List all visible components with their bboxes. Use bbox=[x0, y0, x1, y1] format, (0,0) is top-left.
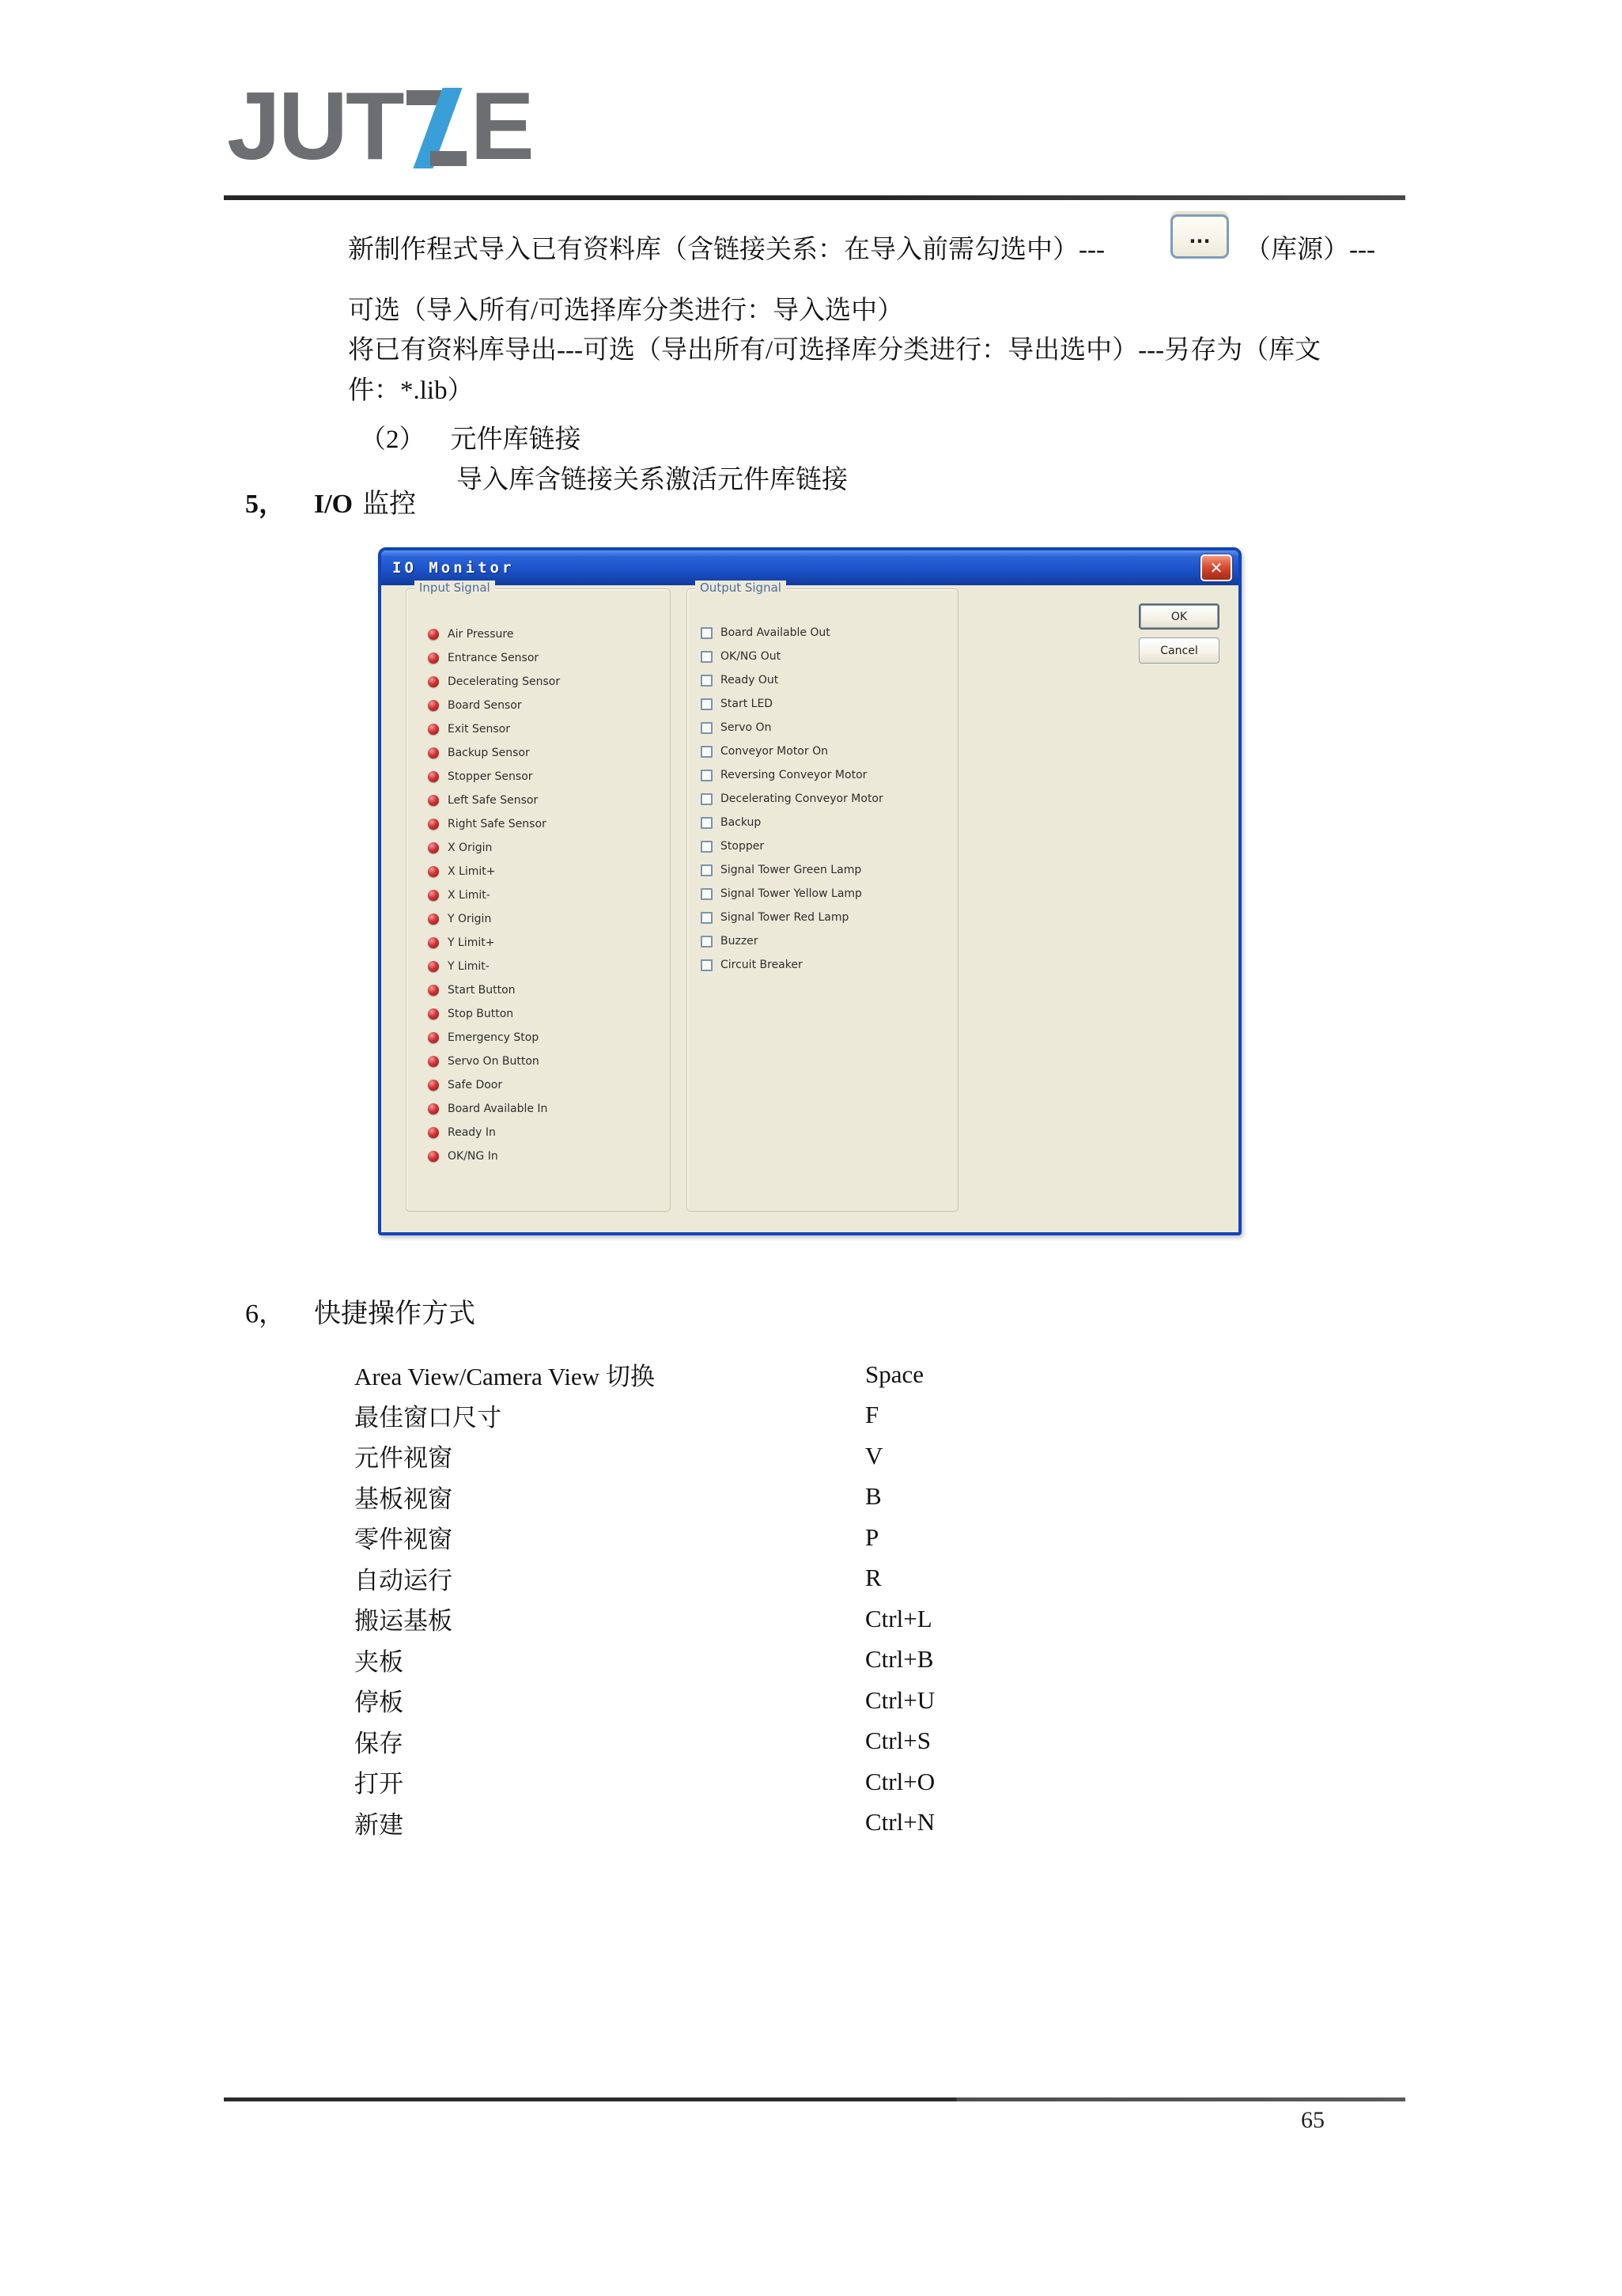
input-signal-row: Backup Sensor bbox=[428, 741, 670, 765]
output-signal-row: Signal Tower Red Lamp bbox=[701, 906, 958, 929]
shortcut-row: 保存 Ctrl+S bbox=[354, 1721, 1240, 1762]
red-indicator-icon bbox=[428, 1103, 439, 1114]
logo-letters-jut: JUT bbox=[227, 82, 402, 169]
input-signal-label: Emergency Stop bbox=[448, 1031, 539, 1044]
shortcut-action: 零件视窗 bbox=[354, 1519, 865, 1555]
red-indicator-icon bbox=[428, 1080, 439, 1091]
output-signal-list: Board Available Out OK/NG Out Ready Out … bbox=[701, 621, 958, 977]
shortcut-action: Area View/Camera View 切换 bbox=[354, 1356, 865, 1392]
output-signal-label: Signal Tower Yellow Lamp bbox=[720, 887, 862, 900]
section-5-io: I/O bbox=[314, 490, 353, 519]
input-signal-label: Decelerating Sensor bbox=[448, 675, 560, 688]
input-signal-label: Y Limit+ bbox=[448, 936, 494, 949]
input-signal-label: Entrance Sensor bbox=[448, 652, 539, 664]
red-indicator-icon bbox=[428, 700, 439, 711]
output-signal-row: Reversing Conveyor Motor bbox=[701, 763, 958, 787]
shortcut-row: 最佳窗口尺寸 F bbox=[354, 1395, 1240, 1436]
shortcut-key: B bbox=[865, 1482, 882, 1511]
shortcut-key: P bbox=[865, 1523, 879, 1552]
output-signal-row: OK/NG Out bbox=[701, 645, 958, 668]
checkbox-icon[interactable] bbox=[701, 698, 713, 710]
checkbox-icon[interactable] bbox=[701, 817, 713, 829]
input-signal-row: Start Button bbox=[428, 978, 670, 1002]
shortcut-action: 元件视窗 bbox=[354, 1438, 865, 1473]
output-signal-label: Signal Tower Red Lamp bbox=[720, 911, 849, 924]
section-6-title: 快捷操作方式 bbox=[314, 1299, 475, 1329]
shortcut-action: 夹板 bbox=[354, 1642, 865, 1678]
output-signal-row: Conveyor Motor On bbox=[701, 739, 958, 763]
header-rule bbox=[224, 195, 1405, 200]
shortcut-action: 自动运行 bbox=[354, 1560, 865, 1596]
red-indicator-icon bbox=[428, 842, 439, 853]
output-signal-label: Start LED bbox=[720, 698, 773, 710]
checkbox-icon[interactable] bbox=[701, 912, 713, 924]
output-signal-label: Board Available Out bbox=[720, 626, 830, 639]
shortcut-row: 基板视窗 B bbox=[354, 1477, 1240, 1518]
section-5-number: 5， bbox=[245, 490, 285, 519]
checkbox-icon[interactable] bbox=[701, 793, 713, 805]
output-signal-label: Ready Out bbox=[720, 674, 778, 687]
list-item-2: （2）元件库链接 bbox=[360, 423, 581, 456]
shortcut-action: 打开 bbox=[354, 1764, 865, 1799]
red-indicator-icon bbox=[428, 1056, 439, 1067]
red-indicator-icon bbox=[428, 629, 439, 640]
checkbox-icon[interactable] bbox=[701, 627, 713, 639]
output-signal-row: Buzzer bbox=[701, 929, 958, 953]
list-item-2-sub: 导入库含链接关系激活元件库链接 bbox=[456, 463, 848, 497]
output-signal-label: OK/NG Out bbox=[720, 650, 781, 663]
output-signal-label: Conveyor Motor On bbox=[720, 745, 828, 758]
checkbox-icon[interactable] bbox=[701, 675, 713, 687]
dialog-titlebar[interactable]: IO Monitor ✕ bbox=[381, 550, 1238, 585]
checkbox-icon[interactable] bbox=[701, 841, 713, 853]
input-signal-row: Y Origin bbox=[428, 907, 670, 931]
paragraph-line-1b: （库源）--- bbox=[1245, 233, 1375, 267]
input-signal-row: Left Safe Sensor bbox=[428, 789, 670, 812]
input-signal-label: X Limit- bbox=[448, 889, 490, 902]
output-signal-label: Backup bbox=[720, 816, 761, 829]
shortcut-table: Area View/Camera View 切换 Space 最佳窗口尺寸 F … bbox=[354, 1354, 1240, 1843]
input-signal-label: Y Origin bbox=[448, 913, 491, 925]
output-signal-row: Start LED bbox=[701, 692, 958, 716]
red-indicator-icon bbox=[428, 747, 439, 758]
input-signal-row: X Origin bbox=[428, 836, 670, 860]
red-indicator-icon bbox=[428, 961, 439, 972]
logo-letter-z bbox=[406, 90, 467, 166]
input-signal-row: Emergency Stop bbox=[428, 1026, 670, 1050]
paragraph-line-4: 件：*.lib） bbox=[348, 374, 474, 407]
shortcut-key: Ctrl+N bbox=[865, 1808, 935, 1836]
shortcut-key: F bbox=[865, 1401, 879, 1429]
output-signal-row: Backup bbox=[701, 811, 958, 834]
close-icon[interactable]: ✕ bbox=[1200, 554, 1232, 581]
dialog-title: IO Monitor bbox=[392, 559, 514, 577]
output-signal-label: Servo On bbox=[720, 721, 771, 734]
input-signal-label: Backup Sensor bbox=[448, 747, 530, 759]
checkbox-icon[interactable] bbox=[701, 722, 713, 734]
input-signal-group: Input Signal Air Pressure Entrance Senso… bbox=[406, 588, 671, 1212]
input-signal-row: Safe Door bbox=[428, 1073, 670, 1097]
paragraph-line-3: 将已有资料库导出---可选（导出所有/可选择库分类进行：导出选中）---另存为（… bbox=[348, 334, 1321, 367]
shortcut-key: V bbox=[865, 1442, 883, 1470]
shortcut-row: 新建 Ctrl+N bbox=[354, 1802, 1240, 1844]
browse-button[interactable]: ... bbox=[1170, 214, 1229, 259]
input-signal-label: X Origin bbox=[448, 842, 492, 854]
shortcut-row: 元件视窗 V bbox=[354, 1435, 1240, 1477]
input-signal-row: X Limit- bbox=[428, 883, 670, 907]
shortcut-key: Ctrl+L bbox=[865, 1605, 932, 1633]
input-signal-row: Exit Sensor bbox=[428, 717, 670, 741]
output-signal-label: Reversing Conveyor Motor bbox=[720, 769, 867, 781]
input-signal-label: Exit Sensor bbox=[448, 723, 510, 736]
shortcut-row: 夹板 Ctrl+B bbox=[354, 1640, 1240, 1681]
shortcut-action: 停板 bbox=[354, 1682, 865, 1718]
input-signal-list: Air Pressure Entrance Sensor Deceleratin… bbox=[428, 622, 670, 1168]
checkbox-icon[interactable] bbox=[701, 864, 713, 876]
red-indicator-icon bbox=[428, 985, 439, 996]
page-number: 65 bbox=[1301, 2107, 1325, 2134]
input-signal-row: OK/NG In bbox=[428, 1144, 670, 1168]
red-indicator-icon bbox=[428, 1032, 439, 1043]
checkbox-icon[interactable] bbox=[701, 936, 713, 948]
output-signal-label: Circuit Breaker bbox=[720, 959, 803, 971]
input-signal-label: Air Pressure bbox=[448, 628, 513, 641]
output-signal-row: Signal Tower Green Lamp bbox=[701, 858, 958, 882]
input-signal-row: Entrance Sensor bbox=[428, 646, 670, 670]
input-signal-label: Ready In bbox=[448, 1126, 496, 1139]
output-signal-label: Signal Tower Green Lamp bbox=[720, 864, 861, 876]
red-indicator-icon bbox=[428, 724, 439, 735]
shortcut-action: 基板视窗 bbox=[354, 1479, 865, 1515]
input-signal-row: X Limit+ bbox=[428, 860, 670, 883]
input-signal-label: OK/NG In bbox=[448, 1150, 498, 1163]
shortcut-row: 打开 Ctrl+O bbox=[354, 1761, 1240, 1802]
shortcut-row: Area View/Camera View 切换 Space bbox=[354, 1354, 1240, 1395]
shortcut-action: 保存 bbox=[354, 1723, 865, 1759]
paragraph-line-1a: 新制作程式导入已有资料库（含链接关系：在导入前需勾选中）--- bbox=[348, 233, 1105, 267]
checkbox-icon[interactable] bbox=[701, 959, 713, 971]
input-signal-label: Board Sensor bbox=[448, 699, 522, 712]
input-signal-row: Board Sensor bbox=[428, 694, 670, 717]
checkbox-icon[interactable] bbox=[701, 888, 713, 900]
checkbox-icon[interactable] bbox=[701, 770, 713, 781]
input-signal-row: Servo On Button bbox=[428, 1050, 670, 1073]
output-signal-row: Circuit Breaker bbox=[701, 953, 958, 977]
section-6-number: 6， bbox=[245, 1299, 285, 1329]
cancel-button[interactable]: Cancel bbox=[1139, 637, 1219, 664]
red-indicator-icon bbox=[428, 1008, 439, 1019]
input-signal-row: Decelerating Sensor bbox=[428, 670, 670, 694]
section-5-title: 监控 bbox=[362, 490, 416, 519]
shortcut-row: 停板 Ctrl+U bbox=[354, 1680, 1240, 1721]
shortcut-key: Ctrl+S bbox=[865, 1727, 931, 1755]
ok-button[interactable]: OK bbox=[1139, 603, 1219, 630]
output-signal-row: Signal Tower Yellow Lamp bbox=[701, 882, 958, 906]
shortcut-action: 搬运基板 bbox=[354, 1601, 865, 1636]
shortcut-key: Space bbox=[865, 1360, 924, 1389]
red-indicator-icon bbox=[428, 795, 439, 806]
red-indicator-icon bbox=[428, 652, 439, 664]
checkbox-icon[interactable] bbox=[701, 746, 713, 758]
checkbox-icon[interactable] bbox=[701, 651, 713, 663]
input-signal-row: Right Safe Sensor bbox=[428, 812, 670, 836]
shortcut-key: Ctrl+O bbox=[865, 1768, 935, 1796]
output-signal-row: Board Available Out bbox=[701, 621, 958, 645]
input-signal-row: Y Limit- bbox=[428, 955, 670, 978]
red-indicator-icon bbox=[428, 890, 439, 901]
input-signal-row: Ready In bbox=[428, 1121, 670, 1144]
input-signal-row: Stop Button bbox=[428, 1002, 670, 1026]
output-signal-label: Stopper bbox=[720, 840, 764, 853]
section-5-heading: 5，I/O监控 bbox=[245, 487, 416, 522]
input-signal-label: Right Safe Sensor bbox=[448, 818, 546, 830]
input-signal-label: Stopper Sensor bbox=[448, 770, 533, 783]
red-indicator-icon bbox=[428, 771, 439, 782]
red-indicator-icon bbox=[428, 676, 439, 687]
shortcut-key: R bbox=[865, 1564, 882, 1592]
shortcut-key: Ctrl+U bbox=[865, 1686, 935, 1715]
footer-rule bbox=[224, 2097, 1405, 2101]
logo-letter-e: E bbox=[470, 82, 531, 169]
input-signal-row: Air Pressure bbox=[428, 622, 670, 646]
input-signal-label: Board Available In bbox=[448, 1103, 547, 1115]
shortcut-row: 搬运基板 Ctrl+L bbox=[354, 1598, 1240, 1640]
input-signal-label: Left Safe Sensor bbox=[448, 794, 538, 807]
input-signal-label: X Limit+ bbox=[448, 865, 495, 878]
output-signal-group-label: Output Signal bbox=[695, 581, 786, 595]
output-signal-row: Stopper bbox=[701, 834, 958, 858]
input-signal-row: Stopper Sensor bbox=[428, 765, 670, 789]
red-indicator-icon bbox=[428, 1127, 439, 1138]
paragraph-line-2: 可选（导入所有/可选择库分类进行：导入选中） bbox=[348, 294, 903, 327]
shortcut-key: Ctrl+B bbox=[865, 1645, 933, 1674]
list-item-2-number: （2） bbox=[360, 426, 425, 454]
input-signal-label: Servo On Button bbox=[448, 1055, 539, 1068]
list-item-2-text: 元件库链接 bbox=[451, 426, 581, 454]
input-signal-group-label: Input Signal bbox=[414, 581, 495, 595]
input-signal-label: Safe Door bbox=[448, 1079, 502, 1091]
shortcut-row: 零件视窗 P bbox=[354, 1517, 1240, 1558]
shortcut-action: 新建 bbox=[354, 1805, 865, 1840]
input-signal-row: Y Limit+ bbox=[428, 931, 670, 955]
output-signal-row: Ready Out bbox=[701, 668, 958, 692]
red-indicator-icon bbox=[428, 819, 439, 830]
section-6-heading: 6，快捷操作方式 bbox=[245, 1297, 475, 1332]
output-signal-group: Output Signal Board Available Out OK/NG … bbox=[686, 588, 958, 1212]
red-indicator-icon bbox=[428, 913, 439, 925]
jutze-logo: JUTE bbox=[227, 82, 532, 169]
input-signal-label: Y Limit- bbox=[448, 960, 490, 973]
input-signal-row: Board Available In bbox=[428, 1097, 670, 1121]
input-signal-label: Start Button bbox=[448, 984, 516, 997]
red-indicator-icon bbox=[428, 866, 439, 877]
io-monitor-dialog: IO Monitor ✕ Input Signal Air Pressure E… bbox=[378, 547, 1242, 1235]
input-signal-label: Stop Button bbox=[448, 1008, 513, 1020]
output-signal-row: Servo On bbox=[701, 716, 958, 739]
output-signal-label: Buzzer bbox=[720, 935, 758, 948]
red-indicator-icon bbox=[428, 937, 439, 948]
output-signal-label: Decelerating Conveyor Motor bbox=[720, 792, 883, 805]
output-signal-row: Decelerating Conveyor Motor bbox=[701, 787, 958, 811]
shortcut-row: 自动运行 R bbox=[354, 1558, 1240, 1599]
red-indicator-icon bbox=[428, 1151, 439, 1162]
shortcut-action: 最佳窗口尺寸 bbox=[354, 1398, 865, 1433]
